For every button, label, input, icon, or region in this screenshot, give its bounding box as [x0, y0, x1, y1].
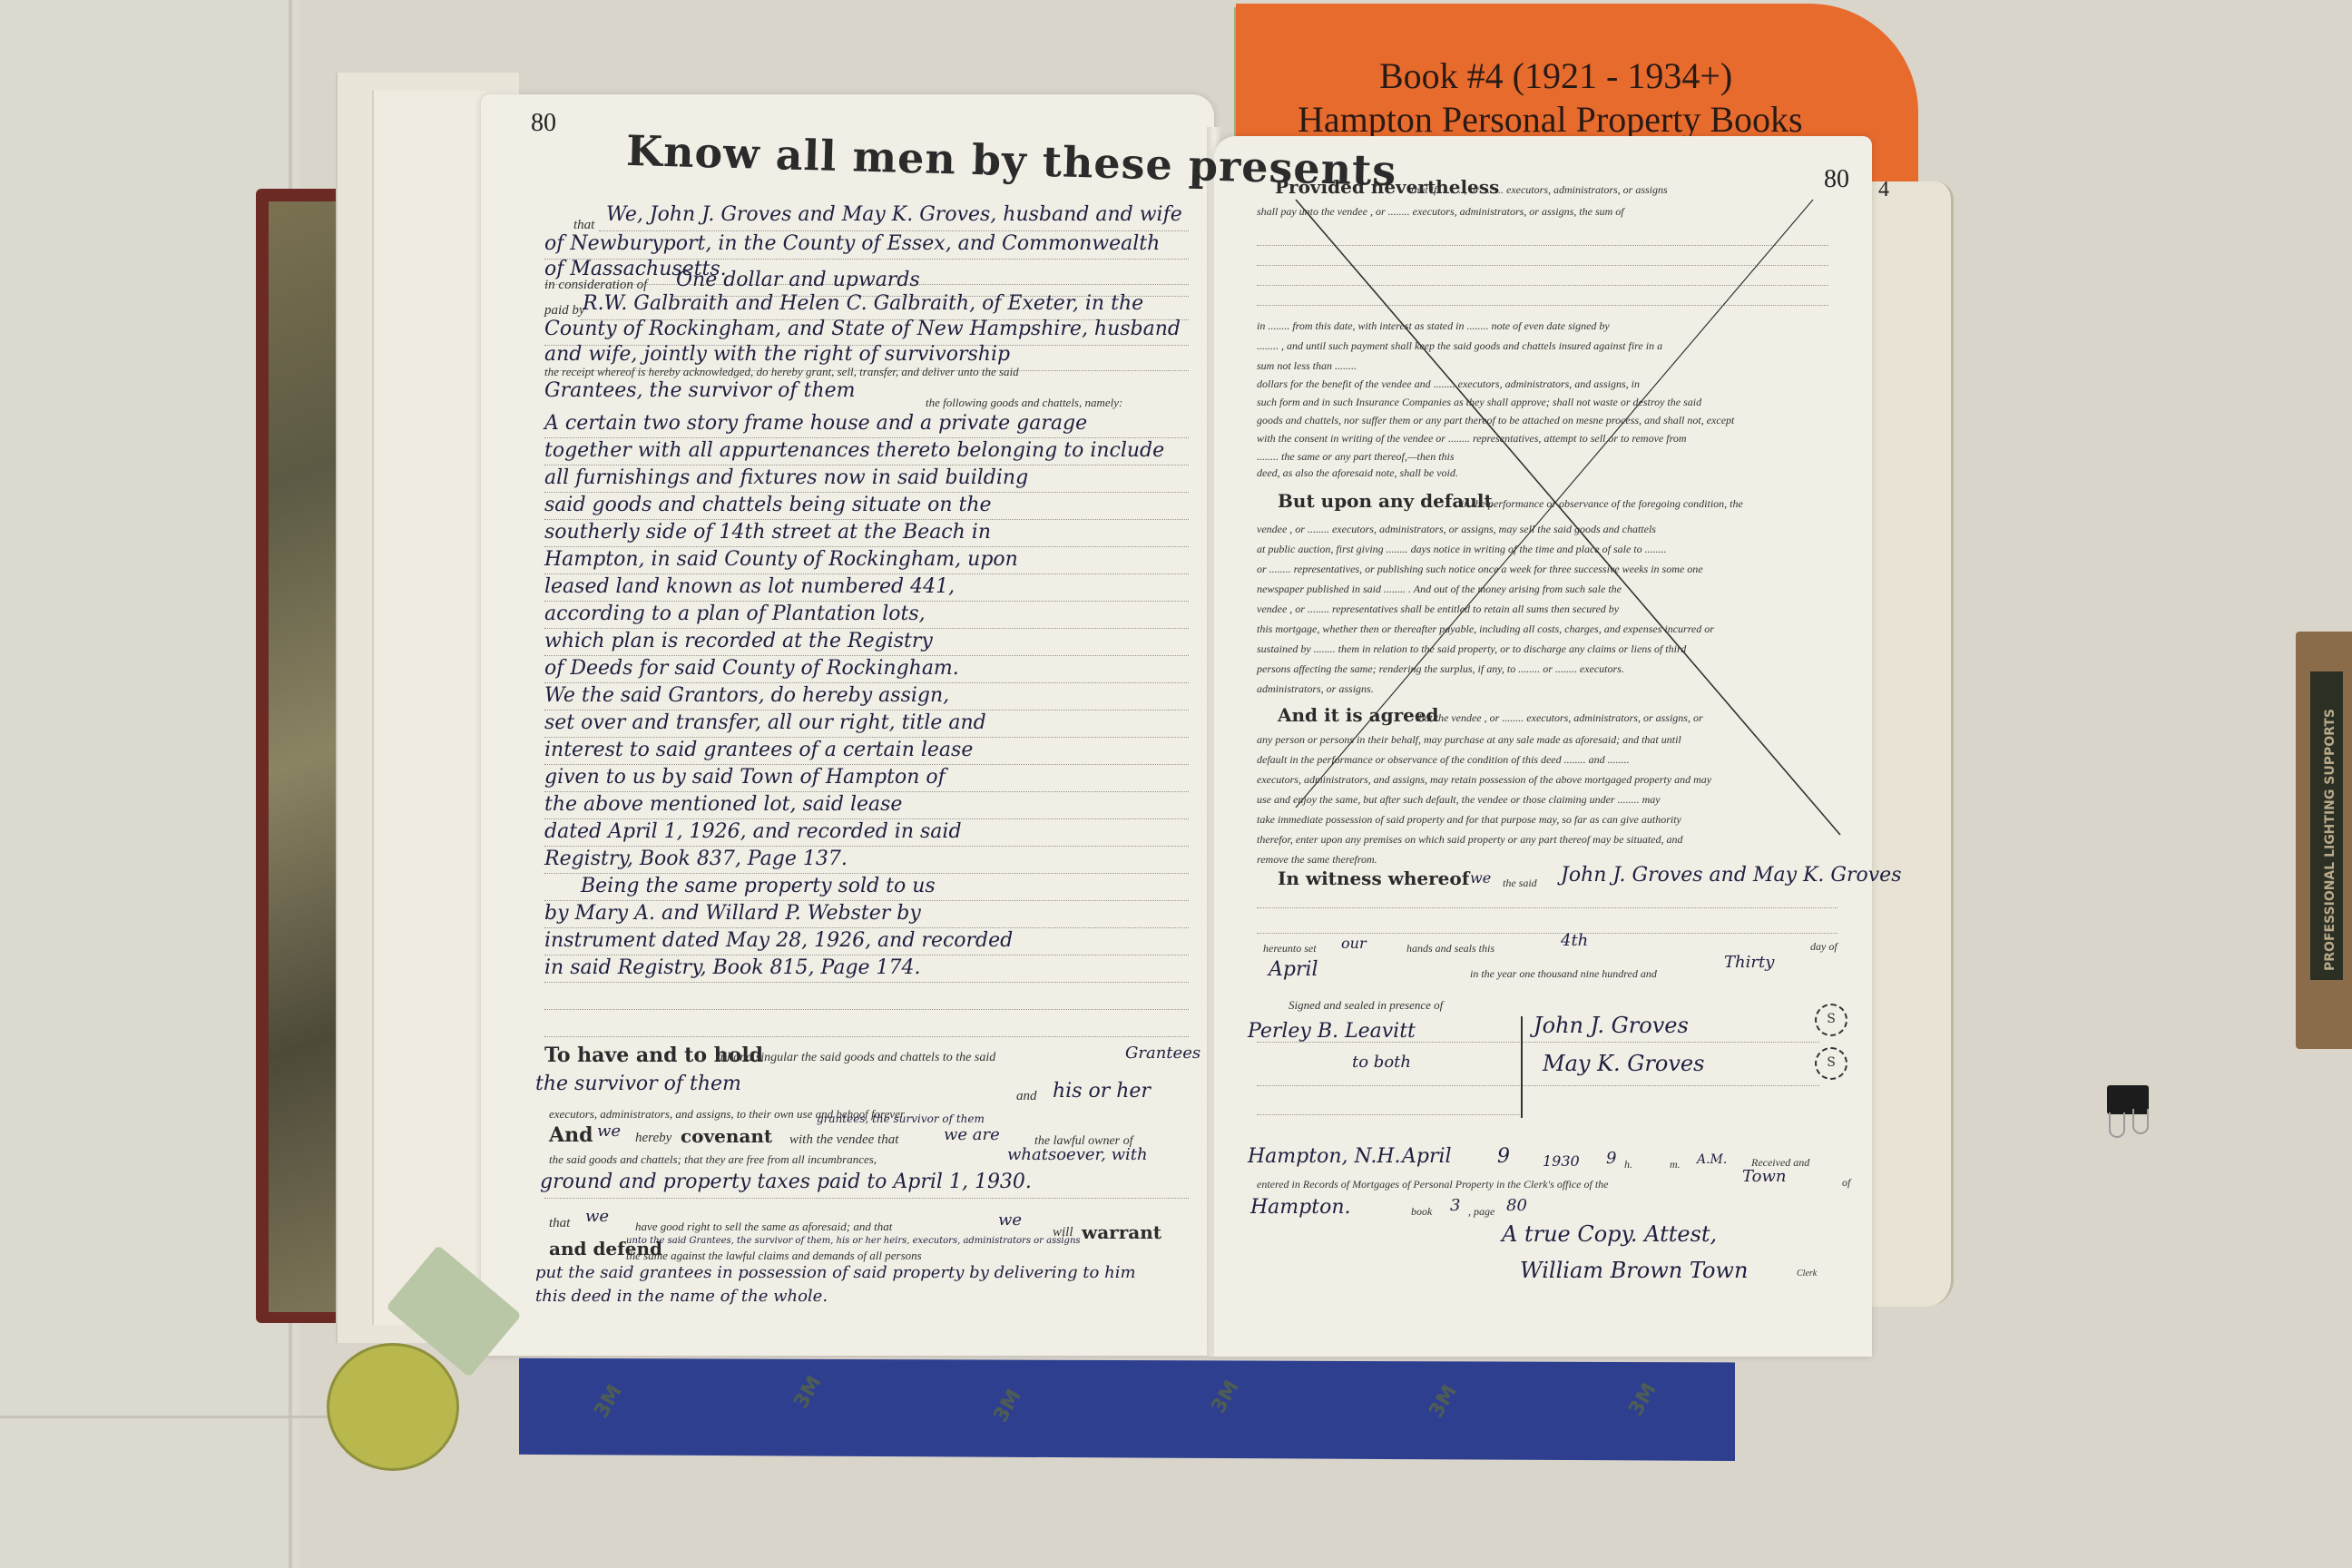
- recording-month: April: [1402, 1145, 1452, 1168]
- next-page-tab-number: 4: [1878, 178, 1889, 202]
- fill-line: [1257, 1042, 1819, 1043]
- printed-entered: entered in Records of Mortgages of Perso…: [1257, 1178, 1609, 1191]
- fill-line: [544, 846, 1189, 847]
- box-label-text: PROFESSIONAL LIGHTING SUPPORTS: [2323, 709, 2337, 971]
- printed-that2: that: [549, 1216, 570, 1231]
- handwritten-line: given to us by said Town of Hampton of: [544, 766, 946, 789]
- handwritten-closing: this deed in the name of the whole.: [535, 1287, 828, 1306]
- fill-line: [544, 573, 1189, 574]
- tab-title: Book #4 (1921 - 1934+): [1379, 54, 1732, 97]
- printed-page: , page: [1468, 1205, 1494, 1219]
- fill-line: [544, 601, 1189, 602]
- fill-line: [544, 873, 1189, 874]
- signature-bracket: [1521, 1016, 1523, 1118]
- printed-hereunto: hereunto set: [1263, 942, 1317, 955]
- handwritten-closing: put the said grantees in possession of s…: [535, 1263, 1136, 1282]
- handwritten-we-are: we are: [944, 1125, 1000, 1144]
- printed-free-from: the said goods and chattels; that they a…: [549, 1152, 877, 1167]
- handwritten-line: leased land known as lot numbered 441,: [544, 575, 955, 598]
- handwritten-witness-names: John J. Groves and May K. Groves: [1561, 864, 1901, 887]
- printed-to-have: all and singular the said goods and chat…: [717, 1051, 995, 1065]
- fill-line: [544, 927, 1189, 928]
- fill-line: [544, 791, 1189, 792]
- fill-line: [544, 1198, 1189, 1199]
- handwritten-line: A certain two story frame house and a pr…: [544, 412, 1087, 435]
- handwritten-line: Grantees, the survivor of them: [544, 379, 855, 402]
- handwritten-survivor: the survivor of them: [535, 1073, 741, 1095]
- table-surface: [0, 0, 299, 1568]
- clerk-label: Clerk: [1797, 1269, 1817, 1279]
- recording-meridian: A.M.: [1697, 1152, 1727, 1167]
- printed-that: that: [573, 218, 594, 233]
- printed-good-right: have good right to sell the same as afor…: [635, 1220, 892, 1234]
- and-heading: And: [549, 1123, 593, 1147]
- handwritten-line: We, John J. Groves and May K. Groves, hu…: [606, 203, 1182, 226]
- printed-and: and: [1016, 1089, 1037, 1104]
- tape-logo: 3M: [989, 1386, 1025, 1426]
- printed-hands-seals: hands and seals this: [1406, 942, 1494, 955]
- handwritten-month: April: [1269, 958, 1318, 981]
- recording-entity: Town: [1742, 1167, 1786, 1186]
- printed-the-said: the said: [1503, 877, 1537, 890]
- page-stack-right: [1869, 181, 1954, 1307]
- printed-paid-by: paid by: [544, 303, 585, 318]
- handwritten-line: Being the same property sold to us: [581, 875, 936, 897]
- recording-day: 9: [1497, 1145, 1510, 1168]
- left-page-number: 80: [531, 109, 556, 138]
- fill-line: [544, 437, 1189, 438]
- fill-line: [544, 465, 1189, 465]
- handwritten-year: Thirty: [1724, 953, 1774, 972]
- fill-line: [544, 764, 1189, 765]
- recording-hour: 9: [1606, 1149, 1616, 1168]
- handwritten-line: together with all appurtenances thereto …: [544, 439, 1164, 462]
- attest-text: A true Copy. Attest,: [1502, 1221, 1717, 1247]
- handwritten-line: and wife, jointly with the right of surv…: [544, 343, 1010, 366]
- handwritten-taxes: ground and property taxes paid to April …: [540, 1171, 1032, 1193]
- handwritten-heirs: his or her: [1053, 1080, 1151, 1102]
- fill-line: [544, 682, 1189, 683]
- fill-line: [544, 982, 1189, 983]
- fill-line: [544, 1036, 1189, 1037]
- tape-logo: 3M: [1624, 1379, 1661, 1420]
- handwritten-line: County of Rockingham, and State of New H…: [544, 318, 1181, 340]
- fill-line: [1257, 933, 1837, 934]
- covenant-heading: covenant: [681, 1125, 772, 1147]
- patterned-clip-disc: [327, 1343, 459, 1471]
- handwritten-line: dated April 1, 1926, and recorded in sai…: [544, 820, 962, 843]
- handwritten-grantees: Grantees: [1125, 1044, 1200, 1063]
- handwritten-we: we: [1470, 869, 1491, 887]
- handwritten-line: all furnishings and fixtures now in said…: [544, 466, 1028, 489]
- fill-line: [544, 655, 1189, 656]
- printed-following: the following goods and chattels, namely…: [926, 396, 1122, 410]
- handwritten-line: said goods and chattels being situate on…: [544, 494, 992, 516]
- warrant-heading: warrant: [1082, 1221, 1161, 1243]
- handwritten-line: One dollar and upwards: [676, 269, 920, 291]
- printed-consideration: in consideration of: [544, 278, 647, 293]
- recording-page: 80: [1506, 1196, 1527, 1215]
- printed-the-same: the same against the lawful claims and d…: [626, 1249, 922, 1263]
- recording-place: Hampton, N.H.: [1248, 1145, 1401, 1168]
- tape-logo: 3M: [590, 1381, 626, 1422]
- handwritten-line: southerly side of 14th street at the Bea…: [544, 521, 991, 544]
- fill-line: [544, 492, 1189, 493]
- handwritten-line: Registry, Book 837, Page 137.: [544, 848, 848, 870]
- tape-logo: 3M: [1207, 1377, 1243, 1417]
- fill-line: [1257, 1085, 1819, 1086]
- strike-through-x: [1214, 136, 1872, 862]
- handwritten-we2: we: [998, 1210, 1022, 1230]
- signature-may-groves: May K. Groves: [1543, 1051, 1704, 1076]
- fill-line: [544, 628, 1189, 629]
- fill-line: [1257, 907, 1837, 908]
- tab-subtitle: Hampton Personal Property Books: [1298, 98, 1803, 141]
- handwritten-line: in said Registry, Book 815, Page 174.: [544, 956, 921, 979]
- handwritten-line: according to a plan of Plantation lots,: [544, 603, 926, 625]
- handwritten-line: interest to said grantees of a certain l…: [544, 739, 973, 761]
- witness-note: to both: [1352, 1053, 1411, 1072]
- handwritten-line: the above mentioned lot, said lease: [544, 793, 902, 816]
- handwritten-line: set over and transfer, all our right, ti…: [544, 711, 986, 734]
- binder-clip-handle: [2132, 1109, 2149, 1134]
- printed-of: of: [1842, 1176, 1850, 1190]
- recording-town: Hampton.: [1250, 1196, 1351, 1219]
- printed-h: h.: [1624, 1158, 1632, 1171]
- handwritten-line: of Newburyport, in the County of Essex, …: [544, 232, 1160, 255]
- fill-line: [544, 955, 1189, 955]
- fill-line: [599, 230, 1189, 231]
- handwritten-line: R.W. Galbraith and Helen C. Galbraith, o…: [583, 292, 1143, 315]
- witness-heading: In witness whereof: [1278, 867, 1469, 889]
- tape-logo: 3M: [1425, 1381, 1461, 1422]
- witness-signature: Perley B. Leavitt: [1248, 1020, 1416, 1043]
- handwritten-line: of Deeds for said County of Rockingham.: [544, 657, 959, 680]
- handwritten-our: our: [1341, 935, 1367, 952]
- fill-line: [544, 900, 1189, 901]
- handwritten-whatsoever: whatsoever, with: [1007, 1145, 1148, 1164]
- handwritten-warrant-insert: unto the said Grantees, the survivor of …: [626, 1236, 1081, 1246]
- handwritten-line: by Mary A. and Willard P. Webster by: [544, 902, 921, 925]
- binder-clip-handle: [2109, 1112, 2125, 1138]
- handwritten-we: we: [597, 1122, 621, 1141]
- seal-2: S: [1815, 1047, 1847, 1080]
- handwritten-line: We the said Grantors, do hereby assign,: [544, 684, 949, 707]
- handwritten-line: instrument dated May 28, 1926, and recor…: [544, 929, 1013, 952]
- clerk-signature: William Brown Town: [1520, 1258, 1748, 1283]
- tape-logo: 3M: [789, 1372, 826, 1413]
- printed-m: m.: [1670, 1158, 1681, 1171]
- fill-line: [544, 546, 1189, 547]
- printed-signed-sealed: Signed and sealed in presence of: [1289, 998, 1443, 1013]
- blue-painters-tape: 3M 3M 3M 3M 3M 3M: [519, 1354, 1735, 1461]
- recording-year: 1930: [1543, 1152, 1580, 1170]
- handwritten-line: which plan is recorded at the Registry: [544, 630, 933, 652]
- printed-with-vendee: with the vendee that: [789, 1132, 898, 1148]
- printed-hereby: hereby: [635, 1131, 671, 1146]
- printed-book: book: [1411, 1205, 1432, 1219]
- signature-john-groves: John J. Groves: [1534, 1013, 1689, 1038]
- handwritten-insert: grantees, the survivor of them: [817, 1112, 985, 1125]
- fill-line: [544, 818, 1189, 819]
- seal-1: S: [1815, 1004, 1847, 1036]
- handwritten-we1: we: [585, 1207, 609, 1226]
- printed-year-text: in the year one thousand nine hundred an…: [1470, 967, 1657, 981]
- handwritten-line: Hampton, in said County of Rockingham, u…: [544, 548, 1018, 571]
- fill-line: [1257, 1114, 1520, 1115]
- recording-book: 3: [1450, 1196, 1460, 1215]
- printed-receipt: the receipt whereof is hereby acknowledg…: [544, 365, 1019, 379]
- handwritten-day: 4th: [1561, 931, 1588, 950]
- fill-line: [544, 519, 1189, 520]
- fill-line: [544, 737, 1189, 738]
- printed-day-of: day of: [1810, 940, 1837, 954]
- fill-line: [544, 710, 1189, 710]
- fill-line: [544, 1009, 1189, 1010]
